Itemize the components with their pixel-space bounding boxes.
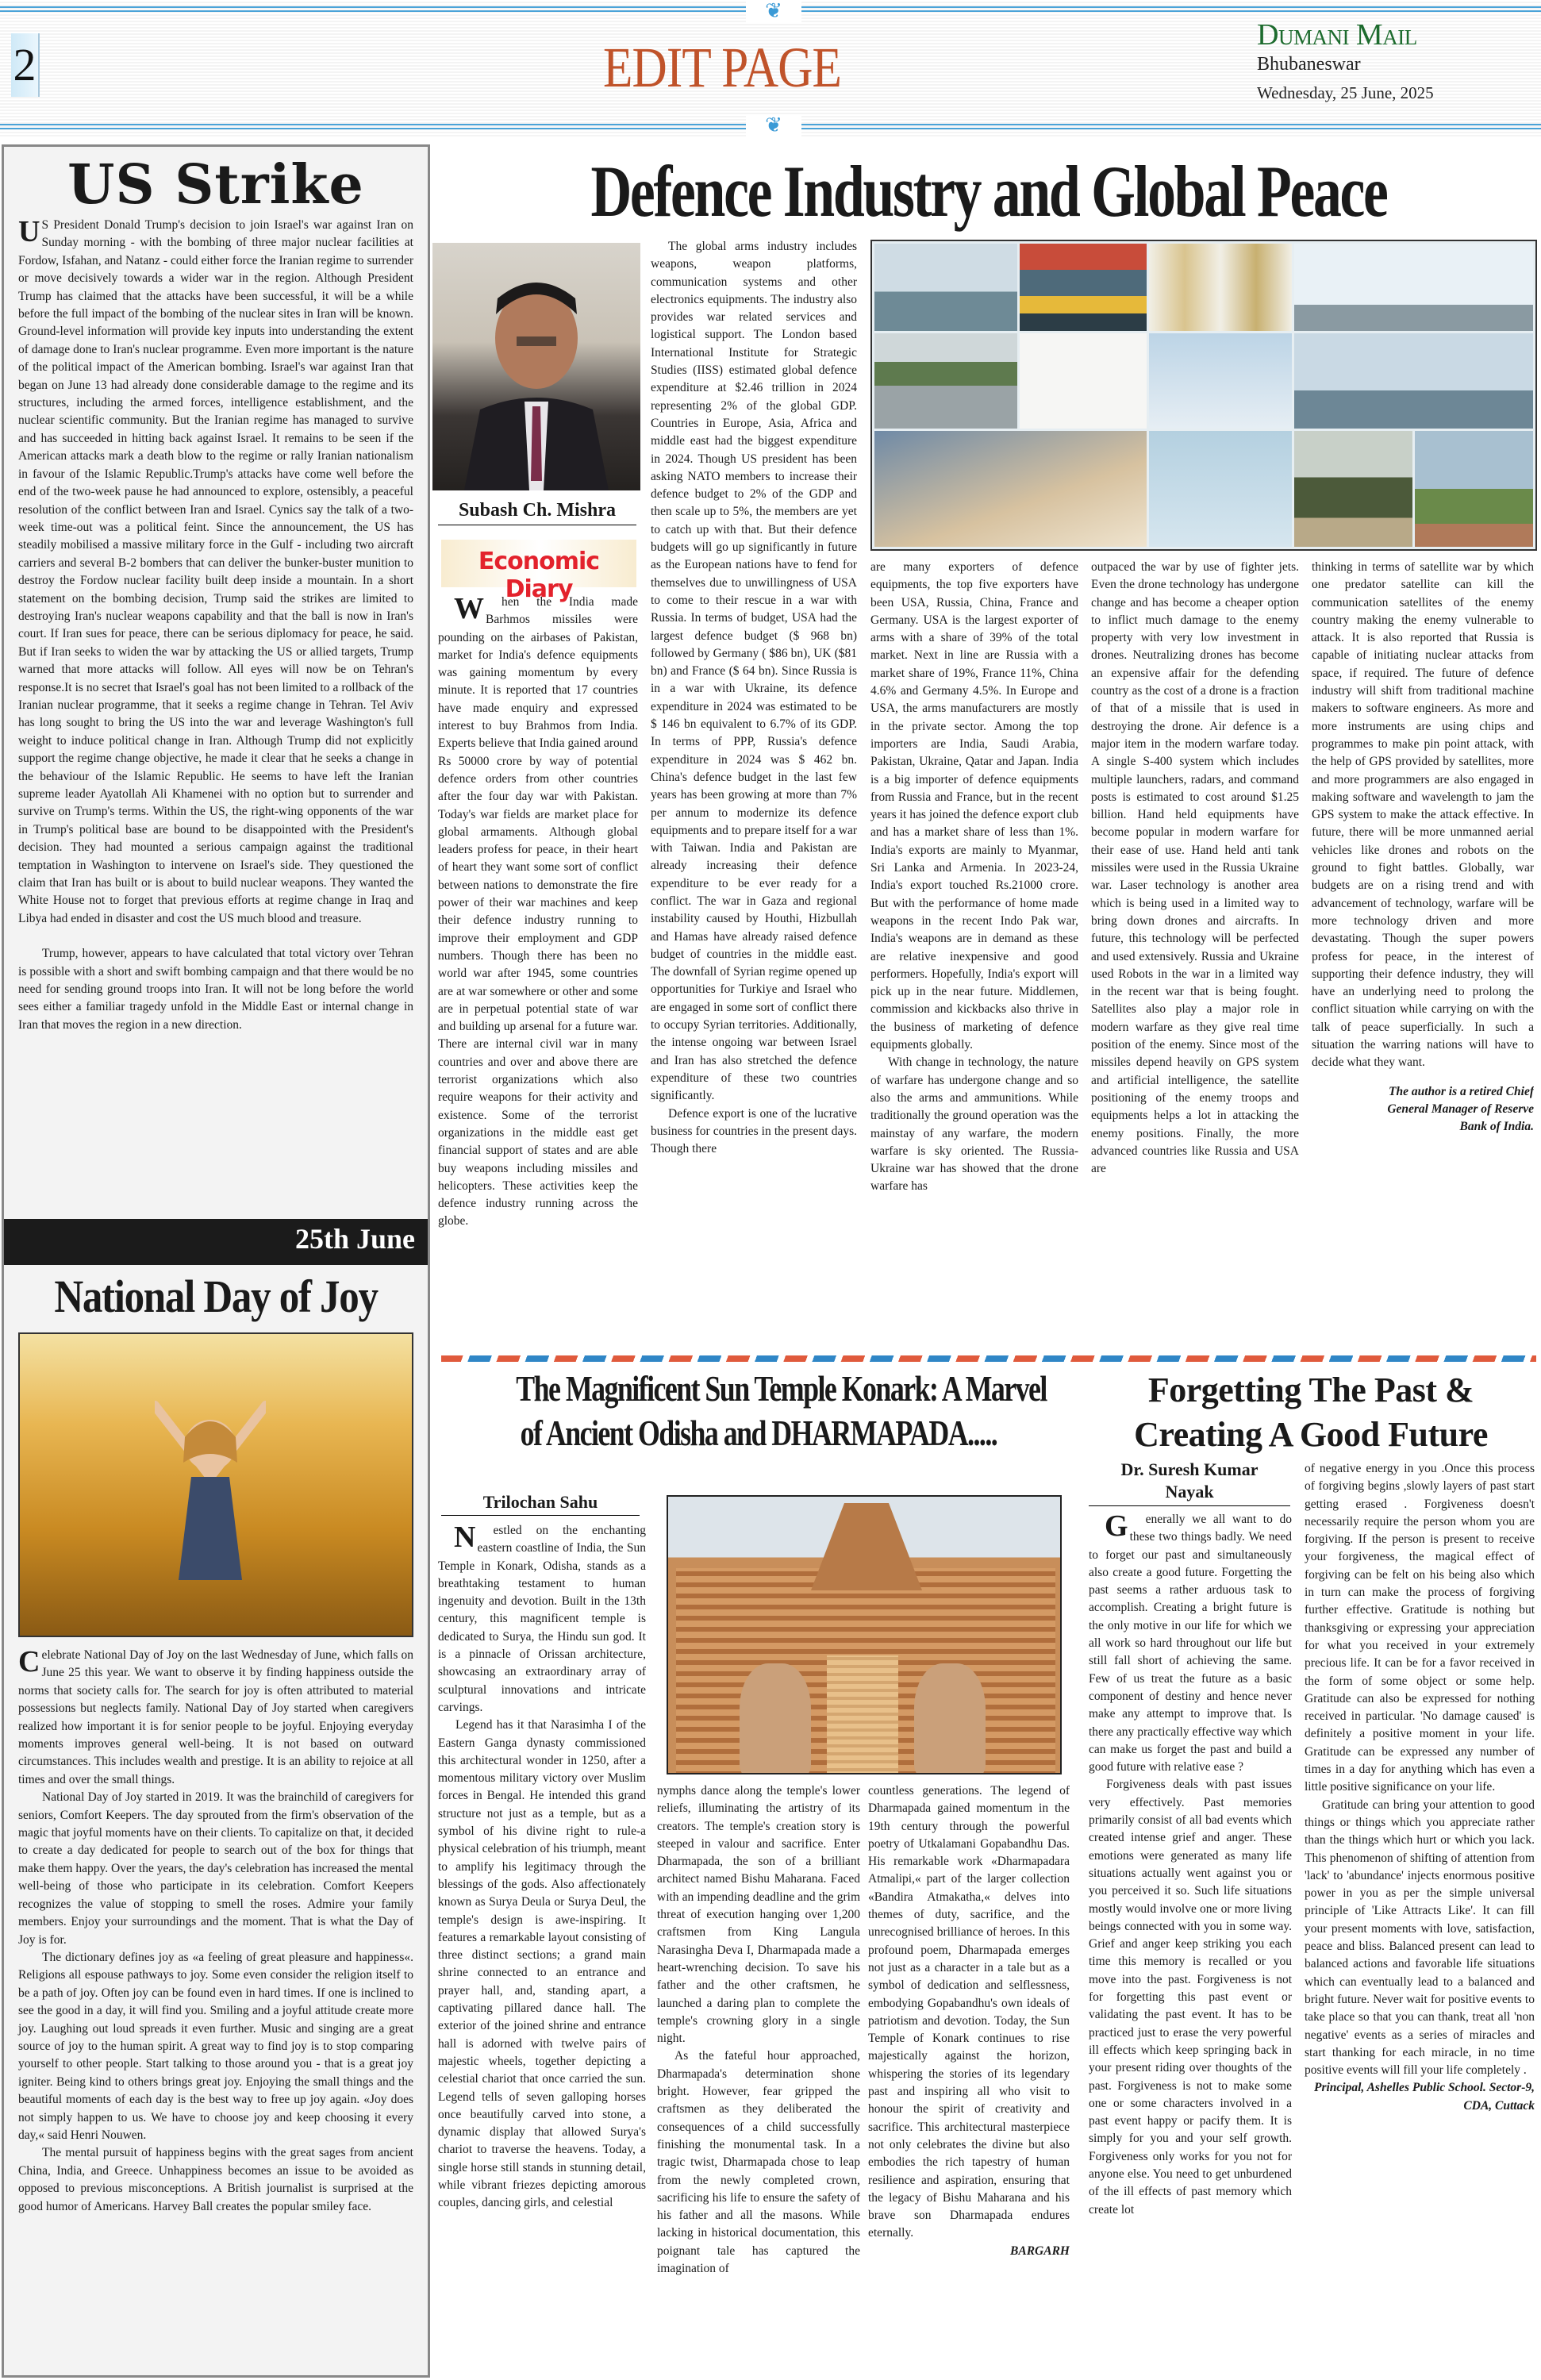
paragraph: As the fateful hour approached, Dharmapa… [657, 2047, 860, 2278]
article-body: Celebrate National Day of Joy on the las… [4, 1647, 428, 2216]
defence-column-2: The global arms industry includes weapon… [651, 238, 857, 1346]
issue-date: Wednesday, 25 June, 2025 [1257, 83, 1434, 103]
drop-cap: W [438, 597, 484, 621]
paragraph: Gratitude can bring your attention to go… [1305, 1797, 1535, 2080]
paragraph: Forgiveness deals with past issues very … [1089, 1776, 1292, 2218]
headline-line: Creating A Good Future [1134, 1415, 1488, 1454]
paragraph: of negative energy in you .Once this pro… [1305, 1460, 1535, 1797]
cruise-missile-photo [874, 431, 1147, 547]
article-body: US President Donald Trump's decision to … [4, 217, 428, 1034]
missile-truck-photo [1294, 431, 1412, 547]
forgive-column-2: of negative energy in you .Once this pro… [1305, 1460, 1535, 2379]
headline-line: The Magnificent Sun Temple Konark: A Mar… [516, 1367, 1046, 1411]
paragraph: National Day of Joy started in 2019. It … [18, 1789, 413, 1949]
author-name: Dr. Suresh Kumar [1121, 1459, 1259, 1479]
paragraph: S President Donald Trump's decision to j… [18, 218, 413, 925]
date-band: 25th June [4, 1219, 428, 1265]
paragraph: countless generations. The legend of Dha… [868, 1782, 1070, 2243]
author-byline: Trilochan Sahu [441, 1492, 640, 1516]
paragraph: With change in technology, the nature of… [870, 1054, 1078, 1195]
temple-headline: The Magnificent Sun Temple Konark: A Mar… [441, 1367, 1076, 1455]
paragraph: hen the India made Barhmos missiles were… [438, 595, 638, 1228]
author-note: The author is a retired Chief General Ma… [1312, 1083, 1534, 1136]
paper-city: Bhubaneswar [1257, 54, 1434, 75]
paragraph: elebrate National Day of Joy on the last… [18, 1648, 413, 1786]
missile-launch-photo [1149, 431, 1292, 547]
article-title: US Strike [4, 153, 428, 217]
drop-cap: G [1089, 1514, 1128, 1538]
paragraph: The global arms industry includes weapon… [651, 238, 857, 1105]
paragraph: The mental pursuit of happiness begins w… [18, 2144, 413, 2216]
paper-name: Dumani Mail [1257, 17, 1434, 52]
defence-column-5: thinking in terms of satellite war by wh… [1312, 559, 1534, 1344]
headline-line: of Ancient Odisha and DHARMAPADA..... [521, 1411, 997, 1455]
drop-cap: C [18, 1650, 40, 1674]
defence-photo-collage [870, 240, 1537, 551]
artillery-photo [1415, 431, 1533, 547]
ammunition-photo [1149, 244, 1292, 331]
lion-statue [740, 1663, 811, 1774]
ornament-icon: ❦ [746, 114, 801, 136]
author-byline: Subash Ch. Mishra [438, 500, 636, 525]
drop-cap: N [438, 1525, 475, 1549]
aircraft-carrier-photo [874, 244, 1017, 331]
defence-column-4: outpaced the war by use of fighter jets.… [1091, 559, 1299, 1344]
article-title: National Day of Joy [29, 1270, 402, 1323]
temple-photo [667, 1495, 1062, 1774]
stealth-drone-photo [874, 333, 1017, 429]
lion-statue [914, 1663, 986, 1774]
paragraph: Defence export is one of the lucrative b… [651, 1105, 857, 1159]
author-byline: Dr. Suresh Kumar Nayak [1089, 1459, 1290, 1506]
author-portrait-icon [432, 243, 640, 490]
joy-photo [18, 1332, 413, 1637]
paragraph: are many exporters of defence equipments… [870, 559, 1078, 1054]
drop-cap: U [18, 220, 40, 244]
collage-bottom-right [1294, 431, 1533, 547]
paragraph: enerally we all want to do these two thi… [1089, 1513, 1292, 1774]
location-signoff: BARGARH [868, 2243, 1070, 2260]
temple-column-1: Nestled on the enchanting eastern coastl… [438, 1522, 646, 2379]
ornament-icon: ❦ [746, 0, 801, 22]
author-name: Nayak [1165, 1482, 1213, 1501]
paragraph: outpaced the war by use of fighter jets.… [1091, 559, 1299, 1178]
paragraph: The dictionary defines joy as «a feeling… [18, 1949, 413, 2144]
defence-column-1: When the India made Barhmos missiles wer… [438, 594, 638, 1346]
warship-photo [1294, 333, 1533, 429]
author-note: Principal, Ashelles Public School. Secto… [1305, 2079, 1535, 2115]
temple-stairs [827, 1655, 898, 1774]
author-photo [432, 243, 640, 490]
brand-block: Dumani Mail Bhubaneswar Wednesday, 25 Ju… [1257, 17, 1434, 103]
paragraph: thinking in terms of satellite war by wh… [1312, 559, 1534, 1072]
forgive-column-1: Generally we all want to do these two th… [1089, 1511, 1292, 2379]
defence-column-3: are many exporters of defence equipments… [870, 559, 1078, 1344]
paragraph: Legend has it that Narasimha I of the Ea… [438, 1717, 646, 2212]
temple-column-2: nymphs dance along the temple's lower re… [657, 1782, 860, 2379]
headline-line: Forgetting The Past & [1148, 1371, 1474, 1409]
main-headline: Defence Industry and Global Peace [562, 149, 1416, 233]
rifles-photo [1020, 333, 1147, 429]
joy-article: 25th June National Day of Joy Celebrate … [2, 1219, 430, 2378]
us-strike-article: US Strike US President Donald Trump's de… [2, 144, 430, 1219]
paragraph: Trump, however, appears to have calculat… [18, 945, 413, 1034]
temple-tower [811, 1503, 922, 1590]
girl-figure-icon [155, 1390, 266, 1636]
temple-column-3: countless generations. The legend of Dha… [868, 1782, 1070, 2379]
transport-plane-photo [1294, 244, 1533, 331]
forgive-headline: Forgetting The Past & Creating A Good Fu… [1089, 1368, 1533, 1457]
masthead: ❦ ❦ 2 EDIT PAGE Dumani Mail Bhubaneswar … [0, 0, 1541, 136]
paragraph: nymphs dance along the temple's lower re… [657, 1782, 860, 2047]
submarine-photo [1020, 244, 1147, 331]
airmail-divider [441, 1355, 1536, 1362]
fighter-jet-photo [1149, 333, 1292, 429]
page-number: 2 [11, 33, 40, 97]
section-title: EDIT PAGE [603, 35, 841, 101]
